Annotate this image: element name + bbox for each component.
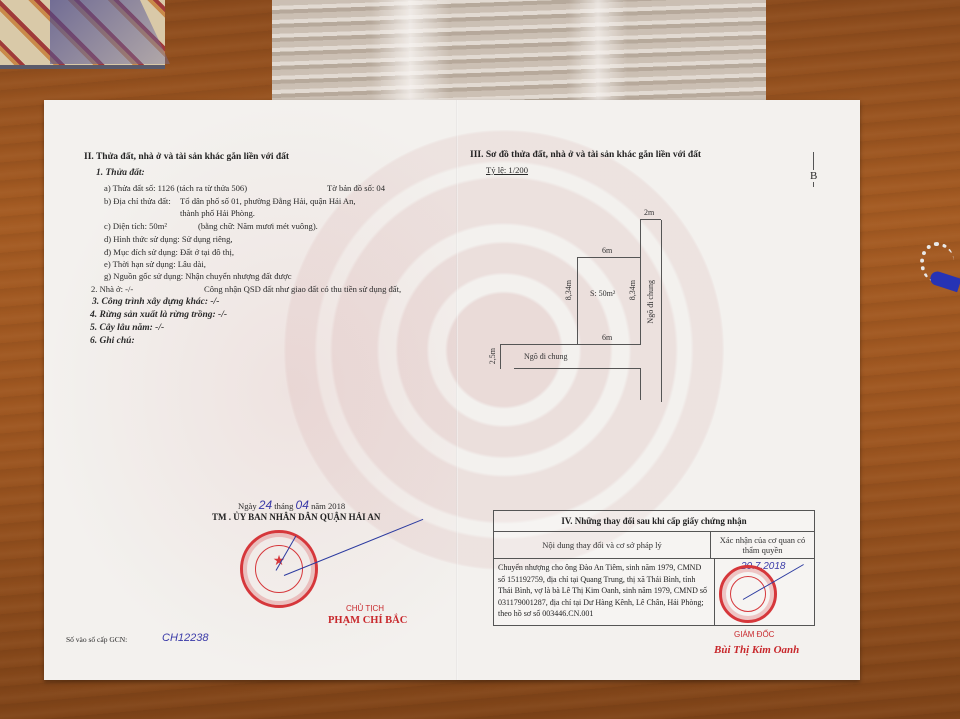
land-use-certificate: II. Thửa đất, nhà ở và tài sản khác gắn … — [44, 100, 860, 680]
section-ii-title: II. Thửa đất, nhà ở và tài sản khác gắn … — [84, 152, 289, 162]
section-iii-title: III. Sơ đồ thửa đất, nhà ở và tài sản kh… — [470, 150, 701, 160]
changes-table-header: Nội dung thay đổi và cơ sở pháp lý Xác n… — [494, 532, 814, 559]
plastic-sleeve — [272, 0, 766, 100]
confirm-signer-name: Bùi Thị Kim Oanh — [714, 644, 799, 656]
alley-label-horizontal: Ngõ đi chung — [524, 352, 568, 361]
perennial-trees: 5. Cây lâu năm: -/- — [90, 323, 164, 333]
usage-term: e) Thời hạn sử dụng: Lâu dài, — [104, 259, 206, 269]
area: c) Diện tích: 50m² — [104, 221, 167, 231]
signer-title: CHỦ TỊCH — [346, 604, 384, 613]
signer-name: PHẠM CHÍ BẮC — [328, 615, 407, 626]
usage-purpose: đ) Mục đích sử dụng: Đất ở tại đô thị, — [104, 247, 234, 257]
subsection-parcel: 1. Thửa đất: — [96, 168, 145, 178]
right-height-label: 8,34m — [628, 280, 637, 300]
changes-table-title: IV. Những thay đổi sau khi cấp giấy chứn… — [494, 511, 814, 532]
confirm-signer-title: GIÁM ĐỐC — [734, 630, 774, 639]
scale: Tỷ lệ: 1/200 — [486, 165, 528, 175]
notes: 6. Ghi chú: — [90, 336, 135, 346]
issuing-authority: TM . ỦY BAN NHÂN DÂN QUẬN HẢI AN — [212, 512, 380, 522]
bottom-width-label: 6m — [602, 333, 612, 342]
production-forest: 4. Rừng sản xuất là rừng trồng: -/- — [90, 310, 227, 320]
house-item: 2. Nhà ở: -/- — [91, 284, 133, 294]
area-label: S: 50m² — [590, 289, 615, 298]
area-words: (bằng chữ: Năm mươi mét vuông). — [198, 221, 318, 231]
issue-month: 04 — [296, 498, 309, 512]
alley-width-horizontal: 2,5m — [488, 348, 497, 364]
official-seal-icon: ★ — [240, 530, 318, 608]
table-row: Chuyển nhượng cho ông Đào An Tiêm, sinh … — [494, 559, 814, 625]
change-content: Chuyển nhượng cho ông Đào An Tiêm, sinh … — [494, 559, 715, 625]
changes-table: IV. Những thay đổi sau khi cấp giấy chứn… — [493, 510, 815, 626]
alley-label-vertical: Ngõ đi chung — [646, 280, 655, 324]
map-sheet: Tờ bản đồ số: 04 — [327, 183, 385, 193]
address-label: b) Địa chỉ thửa đất: — [104, 196, 171, 206]
top-width-label: 6m — [602, 246, 612, 255]
registry-label: Số vào sổ cấp GCN: — [66, 635, 127, 644]
address-line1: Tổ dân phố số 01, phường Đằng Hải, quận … — [180, 196, 356, 206]
col-confirm-header: Xác nhận của cơ quan có thẩm quyền — [711, 532, 814, 558]
pen-icon — [920, 240, 960, 300]
other-construction: 3. Công trình xây dựng khác: -/- — [92, 297, 219, 307]
left-height-label: 8,34m — [564, 280, 573, 300]
issue-date: Ngày 24 tháng 04 năm 2018 — [238, 498, 345, 512]
usage-origin: g) Nguồn gốc sử dụng: Nhận chuyển nhượng… — [104, 271, 292, 281]
usage-form: d) Hình thức sử dụng: Sử dụng riêng, — [104, 234, 233, 244]
issue-day: 24 — [259, 498, 272, 512]
address-line2: thành phố Hải Phòng. — [180, 208, 255, 218]
alley-width-vertical: 2m — [644, 208, 654, 217]
confirmation-cell: 20.7.2018 — [715, 559, 814, 625]
branch-seal-icon — [719, 565, 777, 623]
parcel-number: a) Thửa đất số: 1126 (tách ra từ thửa 50… — [104, 183, 247, 193]
registry-number: CH12238 — [162, 632, 208, 644]
col-content-header: Nội dung thay đổi và cơ sở pháp lý — [494, 532, 711, 558]
page-fold — [456, 100, 458, 680]
usage-origin-line2: Công nhận QSD đất như giao đất có thu ti… — [204, 284, 401, 294]
north-marker: B — [810, 170, 817, 182]
